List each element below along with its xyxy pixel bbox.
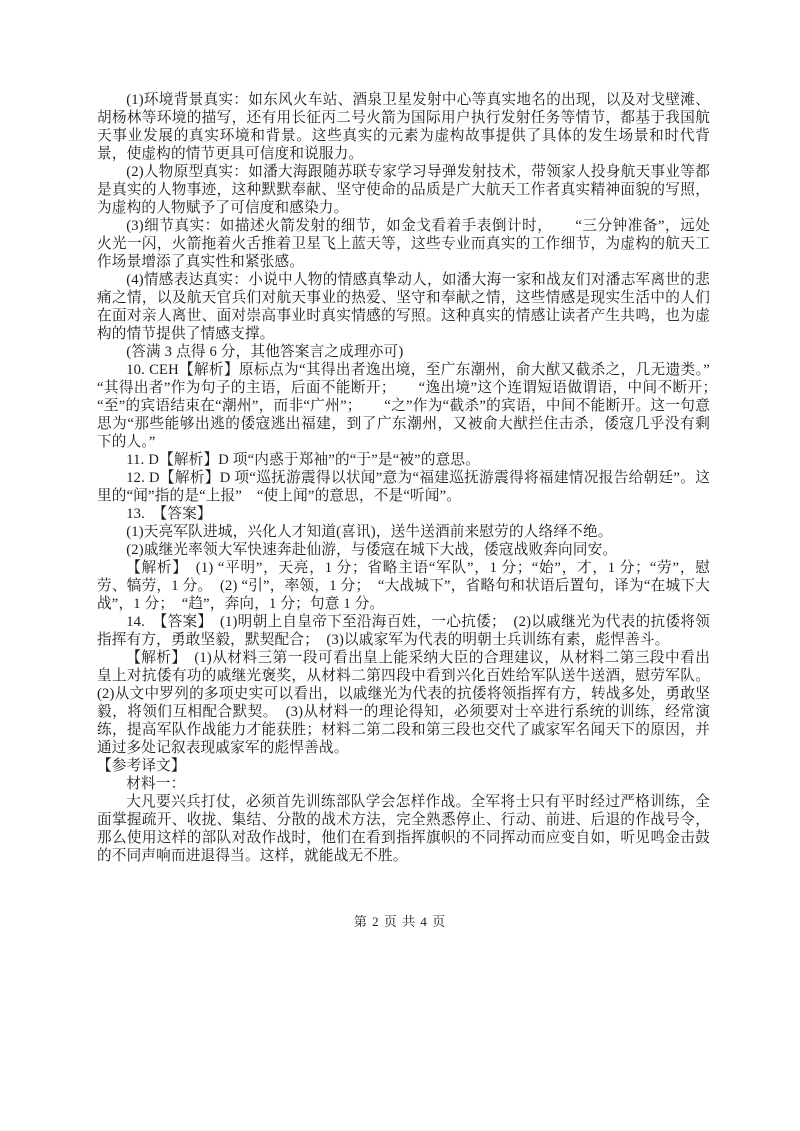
paragraph: (1)环境背景真实：如东风火车站、酒泉卫星发射中心等真实地名的出现，以及对戈壁滩… bbox=[97, 91, 710, 163]
paragraph: 13. 【答案】 bbox=[97, 505, 710, 523]
paragraph: 【参考译文】 bbox=[97, 757, 710, 775]
paragraph: 14. 【答案】 (1)明朝上自皇帝下至沿海百姓，一心抗倭； (2)以戚继光为代… bbox=[97, 613, 710, 649]
paragraph: (2)人物原型真实：如潘大海跟随苏联专家学习导弹发射技术，带领家人投身航天事业等… bbox=[97, 163, 710, 217]
paragraph: (3)细节真实：如描述火箭发射的细节，如金戈看着手表倒计时， “三分钟准备”，远… bbox=[97, 217, 710, 271]
document-page: (1)环境背景真实：如东风火车站、酒泉卫星发射中心等真实地名的出现，以及对戈壁滩… bbox=[0, 0, 800, 1131]
paragraph: (4)情感表达真实：小说中人物的情感真挚动人，如潘大海一家和战友们对潘志军离世的… bbox=[97, 271, 710, 343]
paragraph: 12. D【解析】D 项“巡抚游震得以状闻”意为“福建巡抚游震得将福建情况报告给… bbox=[97, 469, 710, 505]
page-footer: 第 2 页 共 4 页 bbox=[0, 913, 800, 931]
paragraph: (1)天亮军队进城，兴化人才知道(喜讯)，送牛送酒前来慰劳的人络绎不绝。 bbox=[97, 523, 710, 541]
paragraph: 【解析】 (1) “平明”，天亮，1 分；省略主语“军队”，1 分；“始”，才，… bbox=[97, 559, 710, 613]
paragraph: (答满 3 点得 6 分，其他答案言之成理亦可) bbox=[97, 343, 710, 361]
paragraph: 大凡要兴兵打仗，必须首先训练部队学会怎样作战。全军将士只有平时经过严格训练，全面… bbox=[97, 793, 710, 865]
paragraph: (2)戚继光率领大军快速奔赴仙游，与倭寇在城下大战，倭寇战败奔向同安。 bbox=[97, 541, 710, 559]
paragraph: 材料一： bbox=[97, 775, 710, 793]
paragraph: 10. CEH【解析】原标点为“其得出者逸出境，至广东潮州，俞大猷又截杀之，几无… bbox=[97, 361, 710, 451]
document-body: (1)环境背景真实：如东风火车站、酒泉卫星发射中心等真实地名的出现，以及对戈壁滩… bbox=[97, 91, 710, 865]
paragraph: 11. D【解析】D 项“内惑于郑袖”的“于”是“被”的意思。 bbox=[97, 451, 710, 469]
paragraph: 【解析】 (1)从材料三第一段可看出皇上能采纳大臣的合理建议，从材料二第三段中看… bbox=[97, 649, 710, 757]
